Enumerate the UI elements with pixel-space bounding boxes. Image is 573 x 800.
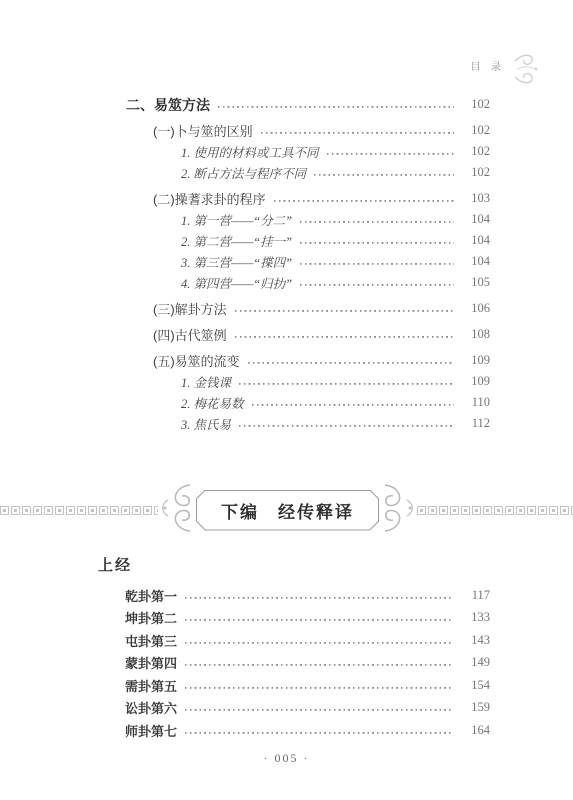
toc-entry-page: 102 (460, 123, 490, 138)
toc-entry-label: (二)操蓍求卦的程序 (126, 189, 266, 208)
part-banner-center: 下编 经传释译 (158, 478, 417, 543)
toc-entry-label: (五)易筮的流变 (126, 351, 240, 370)
toc-entry-label: 2. 第二营——“挂一” (126, 232, 292, 250)
toc-entry: 4. 第四营——“归扐” 105 (126, 272, 490, 293)
folio-page-number: · 005 · (0, 751, 573, 766)
toc-entry: (二)操蓍求卦的程序 103 (126, 188, 490, 209)
dot-leader (185, 634, 454, 648)
toc-entry-page: 102 (460, 144, 490, 159)
toc-entry-page: 104 (460, 212, 490, 227)
toc-entry-label: 1. 使用的材料或工具不同 (126, 143, 319, 161)
dot-leader (274, 193, 454, 207)
dot-leader (185, 724, 454, 738)
part-banner: 下编 经传释译 (0, 478, 573, 542)
toc-entry-label: 乾卦第一 (125, 586, 177, 605)
toc-entry: 3. 焦氏易 112 (126, 413, 490, 434)
toc-entry-label: 2. 断占方法与程序不同 (126, 164, 306, 182)
toc-entry-page: 109 (460, 353, 490, 368)
toc-entry-label: (一)卜与筮的区别 (126, 121, 253, 140)
dot-leader (314, 167, 454, 181)
toc-entry-label: 3. 第三营——“揲四” (126, 253, 292, 271)
toc-entry-page: 149 (460, 655, 490, 670)
toc-entry-page: 109 (460, 374, 490, 389)
toc-entry-page: 117 (460, 588, 490, 603)
toc-entry-label: 3. 焦氏易 (126, 415, 231, 433)
dot-leader (185, 612, 454, 626)
toc-entry: 1. 第一营——“分二” 104 (126, 209, 490, 230)
toc-entry-page: 104 (460, 254, 490, 269)
toc-entry-page: 159 (460, 700, 490, 715)
toc-entry-page: 102 (460, 165, 490, 180)
toc-entry-page: 112 (460, 416, 490, 431)
toc-entry: 蒙卦第四 149 (125, 652, 490, 675)
dot-leader (185, 702, 454, 716)
dot-leader (239, 418, 454, 432)
leaf-ornament-icon (511, 50, 539, 93)
dot-leader (300, 235, 454, 249)
toc-entry: (四)古代筮例 108 (126, 324, 490, 345)
dot-leader (252, 397, 454, 411)
toc-entry: 屯卦第三 143 (125, 629, 490, 652)
toc-entry: 师卦第七 164 (125, 719, 490, 742)
toc-entry: 1. 使用的材料或工具不同 102 (126, 141, 490, 162)
section-heading: 上经 (98, 554, 132, 575)
dot-leader (235, 329, 454, 343)
toc-entry-page: 106 (460, 301, 490, 316)
dot-leader (261, 125, 454, 139)
toc-list-upper: 二、易筮方法 102 (一)卜与筮的区别 102 1. 使用的材料或工具不同 1… (126, 94, 490, 434)
meander-border-right (417, 504, 573, 517)
toc-entry-label: 4. 第四营——“归扐” (126, 274, 292, 292)
toc-entry: 2. 第二营——“挂一” 104 (126, 230, 490, 251)
toc-entry-label: 讼卦第六 (125, 698, 177, 717)
toc-entry-page: 108 (460, 327, 490, 342)
part-title-cartouche: 下编 经传释译 (196, 490, 379, 531)
dot-leader (185, 679, 454, 693)
toc-entry: 二、易筮方法 102 (126, 94, 490, 115)
running-head-title: 目 录 (471, 58, 506, 73)
dot-leader (235, 303, 454, 317)
meander-border-left (0, 504, 158, 517)
toc-entry: 坤卦第二 133 (125, 607, 490, 630)
toc-entry-page: 133 (460, 610, 490, 625)
toc-entry-page: 154 (460, 678, 490, 693)
toc-entry: 2. 梅花易数 110 (126, 392, 490, 413)
toc-entry-label: 1. 金钱课 (126, 373, 231, 391)
toc-entry: 乾卦第一 117 (125, 584, 490, 607)
toc-entry-page: 143 (460, 633, 490, 648)
toc-entry: 1. 金钱课 109 (126, 371, 490, 392)
part-title: 下编 经传释译 (221, 503, 354, 522)
toc-entry-page: 164 (460, 723, 490, 738)
dot-leader (300, 277, 454, 291)
toc-entry-page: 110 (460, 395, 490, 410)
scroll-ornament-left-icon (158, 478, 194, 543)
toc-entry: 3. 第三营——“揲四” 104 (126, 251, 490, 272)
dot-leader (185, 589, 454, 603)
toc-entry: (一)卜与筮的区别 102 (126, 120, 490, 141)
dot-leader (239, 376, 454, 390)
toc-entry-label: 蒙卦第四 (125, 653, 177, 672)
dot-leader (248, 355, 454, 369)
book-toc-page: 目 录 二、易筮方法 102 (一)卜与筮的区别 102 1. 使用的材料或工具… (0, 0, 573, 800)
toc-entry: 需卦第五 154 (125, 674, 490, 697)
toc-entry-label: 师卦第七 (125, 721, 177, 740)
toc-entry-label: (四)古代筮例 (126, 325, 227, 344)
toc-entry-page: 102 (460, 97, 490, 112)
toc-entry-page: 105 (460, 275, 490, 290)
toc-entry-page: 103 (460, 191, 490, 206)
toc-entry-label: 2. 梅花易数 (126, 394, 244, 412)
toc-entry-label: 屯卦第三 (125, 631, 177, 650)
toc-entry-page: 104 (460, 233, 490, 248)
toc-entry-label: (三)解卦方法 (126, 299, 227, 318)
dot-leader (300, 256, 454, 270)
toc-entry-label: 坤卦第二 (125, 608, 177, 627)
toc-entry: 讼卦第六 159 (125, 697, 490, 720)
dot-leader (327, 146, 454, 160)
toc-list-hexagrams: 乾卦第一 117 坤卦第二 133 屯卦第三 143 蒙卦第四 149 需卦第五… (125, 584, 490, 742)
scroll-ornament-right-icon (381, 478, 417, 543)
dot-leader (185, 657, 454, 671)
toc-entry-label: 1. 第一营——“分二” (126, 211, 292, 229)
dot-leader (300, 214, 454, 228)
dot-leader (218, 99, 454, 113)
toc-entry: (三)解卦方法 106 (126, 298, 490, 319)
toc-entry-label: 需卦第五 (125, 676, 177, 695)
running-head: 目 录 (471, 50, 540, 93)
toc-entry-label: 二、易筮方法 (126, 95, 210, 115)
toc-entry: 2. 断占方法与程序不同 102 (126, 162, 490, 183)
toc-entry: (五)易筮的流变 109 (126, 350, 490, 371)
